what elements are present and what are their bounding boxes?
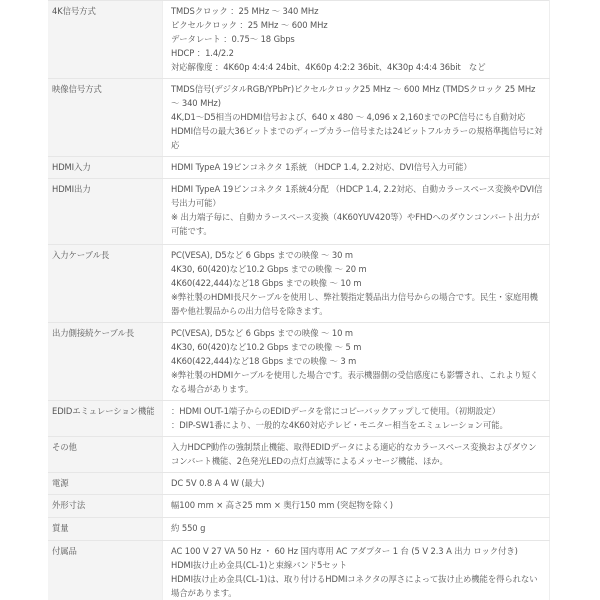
spec-value: TMDSクロック ：25 MHz ～ 340 MHz ピクセルクロック ：25 … bbox=[163, 1, 550, 79]
spec-line: HDCP ：1.4/2.2 bbox=[171, 46, 543, 60]
spec-value: PC(VESA), D5など 6 Gbps までの映像 ～ 10 m 4K30,… bbox=[163, 323, 550, 401]
spec-value: 幅100 mm × 高さ25 mm × 奥行150 mm (突起物を除く) bbox=[163, 495, 550, 518]
spec-value: HDMI TypeA 19ピンコネクタ 1系統4分配 （HDCP 1.4, 2.… bbox=[163, 179, 550, 245]
spec-line: ：DIP-SW1番により、一般的な4K60対応テレビ・モニター相当をエミュレーシ… bbox=[171, 418, 543, 432]
spec-line: TMDS信号(デジタルRGB/YPbPr)ピクセルクロック25 MHz ～ 60… bbox=[171, 82, 543, 110]
spec-line: 4K60(422,444)など18 Gbps までの映像 ～ 3 m bbox=[171, 354, 543, 368]
spec-line: AC 100 V 27 VA 50 Hz ・ 60 Hz 国内専用 AC アダプ… bbox=[171, 544, 543, 558]
spec-label: 電源 bbox=[48, 473, 163, 495]
spec-label: HDMI入力 bbox=[48, 157, 163, 179]
spec-table: 4K信号方式 TMDSクロック ：25 MHz ～ 340 MHz ピクセルクロ… bbox=[48, 0, 550, 600]
spec-line: 4K,D1～D5相当のHDMI信号および、640 x 480 ～ 4,096 x… bbox=[171, 110, 543, 124]
spec-row-output-cable-length: 出力側接続ケーブル長 PC(VESA), D5など 6 Gbps までの映像 ～… bbox=[48, 323, 550, 401]
spec-label: EDIDエミュレーション機能 bbox=[48, 401, 163, 437]
spec-value: HDMI TypeA 19ピンコネクタ 1系統 （HDCP 1.4, 2.2対応… bbox=[163, 157, 550, 179]
spec-line: HDMI TypeA 19ピンコネクタ 1系統4分配 （HDCP 1.4, 2.… bbox=[171, 182, 543, 210]
spec-line: ：HDMI OUT-1端子からのEDIDデータを常にコピーバックアップして使用。… bbox=[171, 404, 543, 418]
spec-row-video-signal: 映像信号方式 TMDS信号(デジタルRGB/YPbPr)ピクセルクロック25 M… bbox=[48, 79, 550, 157]
spec-label: 入力ケーブル長 bbox=[48, 245, 163, 323]
spec-line: 約 550 g bbox=[171, 521, 543, 535]
spec-row-4k-signal: 4K信号方式 TMDSクロック ：25 MHz ～ 340 MHz ピクセルクロ… bbox=[48, 1, 550, 79]
spec-value: AC 100 V 27 VA 50 Hz ・ 60 Hz 国内専用 AC アダプ… bbox=[163, 541, 550, 600]
spec-line: TMDSクロック ：25 MHz ～ 340 MHz bbox=[171, 4, 543, 18]
spec-line: ※弊社製のHDMI長尺ケーブルを使用し、弊社製指定製品出力信号からの場合です。民… bbox=[171, 290, 543, 318]
spec-line: 対応解像度 ：4K60p 4:4:4 24bit、4K60p 4:2:2 36b… bbox=[171, 60, 543, 74]
spec-row-power: 電源 DC 5V 0.8 A 4 W (最大) bbox=[48, 473, 550, 495]
spec-row-edid-emulation: EDIDエミュレーション機能 ：HDMI OUT-1端子からのEDIDデータを常… bbox=[48, 401, 550, 437]
spec-value: 入力HDCP動作の強制禁止機能、取得EDIDデータによる適応的なカラースペース変… bbox=[163, 437, 550, 473]
spec-row-dimensions: 外形寸法 幅100 mm × 高さ25 mm × 奥行150 mm (突起物を除… bbox=[48, 495, 550, 518]
spec-label: 出力側接続ケーブル長 bbox=[48, 323, 163, 401]
spec-row-hdmi-output: HDMI出力 HDMI TypeA 19ピンコネクタ 1系統4分配 （HDCP … bbox=[48, 179, 550, 245]
spec-label: 4K信号方式 bbox=[48, 1, 163, 79]
spec-value: TMDS信号(デジタルRGB/YPbPr)ピクセルクロック25 MHz ～ 60… bbox=[163, 79, 550, 157]
spec-line: データレート ：0.75～ 18 Gbps bbox=[171, 32, 543, 46]
spec-row-weight: 質量 約 550 g bbox=[48, 518, 550, 541]
spec-label: 映像信号方式 bbox=[48, 79, 163, 157]
spec-line: ※ 出力端子毎に、自動カラースペース変換（4K60YUV420等）やFHDへのダ… bbox=[171, 210, 543, 238]
spec-label: 外形寸法 bbox=[48, 495, 163, 518]
spec-label: その他 bbox=[48, 437, 163, 473]
spec-line: 4K30, 60(420)など10.2 Gbps までの映像 ～ 5 m bbox=[171, 340, 543, 354]
spec-line: PC(VESA), D5など 6 Gbps までの映像 ～ 10 m bbox=[171, 326, 543, 340]
spec-label: 付属品 bbox=[48, 541, 163, 600]
spec-value: PC(VESA), D5など 6 Gbps までの映像 ～ 30 m 4K30,… bbox=[163, 245, 550, 323]
spec-line: HDMI信号の最大36ビットまでのディープカラー信号または24ビットフルカラーの… bbox=[171, 124, 543, 152]
spec-value: DC 5V 0.8 A 4 W (最大) bbox=[163, 473, 550, 495]
spec-row-hdmi-input: HDMI入力 HDMI TypeA 19ピンコネクタ 1系統 （HDCP 1.4… bbox=[48, 157, 550, 179]
spec-line: 4K60(422,444)など18 Gbps までの映像 ～ 10 m bbox=[171, 276, 543, 290]
spec-line: HDMI抜け止め金具(CL-1)は、取り付けるHDMIコネクタの厚さによって抜け… bbox=[171, 572, 543, 600]
spec-line: 幅100 mm × 高さ25 mm × 奥行150 mm (突起物を除く) bbox=[171, 498, 543, 512]
spec-line: 4K30, 60(420)など10.2 Gbps までの映像 ～ 20 m bbox=[171, 262, 543, 276]
spec-line: HDMI TypeA 19ピンコネクタ 1系統 （HDCP 1.4, 2.2対応… bbox=[171, 160, 543, 174]
spec-value: 約 550 g bbox=[163, 518, 550, 541]
spec-row-other: その他 入力HDCP動作の強制禁止機能、取得EDIDデータによる適応的なカラース… bbox=[48, 437, 550, 473]
spec-row-accessories: 付属品 AC 100 V 27 VA 50 Hz ・ 60 Hz 国内専用 AC… bbox=[48, 541, 550, 600]
spec-value: ：HDMI OUT-1端子からのEDIDデータを常にコピーバックアップして使用。… bbox=[163, 401, 550, 437]
spec-line: ピクセルクロック ：25 MHz ～ 600 MHz bbox=[171, 18, 543, 32]
spec-row-input-cable-length: 入力ケーブル長 PC(VESA), D5など 6 Gbps までの映像 ～ 30… bbox=[48, 245, 550, 323]
spec-line: PC(VESA), D5など 6 Gbps までの映像 ～ 30 m bbox=[171, 248, 543, 262]
spec-label: HDMI出力 bbox=[48, 179, 163, 245]
spec-line: ※弊社製のHDMIケーブルを使用した場合です。表示機器側の受信感度にも影響され、… bbox=[171, 368, 543, 396]
spec-line: DC 5V 0.8 A 4 W (最大) bbox=[171, 476, 543, 490]
spec-line: HDMI抜け止め金具(CL-1)と束線バンド5セット bbox=[171, 558, 543, 572]
spec-line: 入力HDCP動作の強制禁止機能、取得EDIDデータによる適応的なカラースペース変… bbox=[171, 440, 543, 468]
spec-label: 質量 bbox=[48, 518, 163, 541]
